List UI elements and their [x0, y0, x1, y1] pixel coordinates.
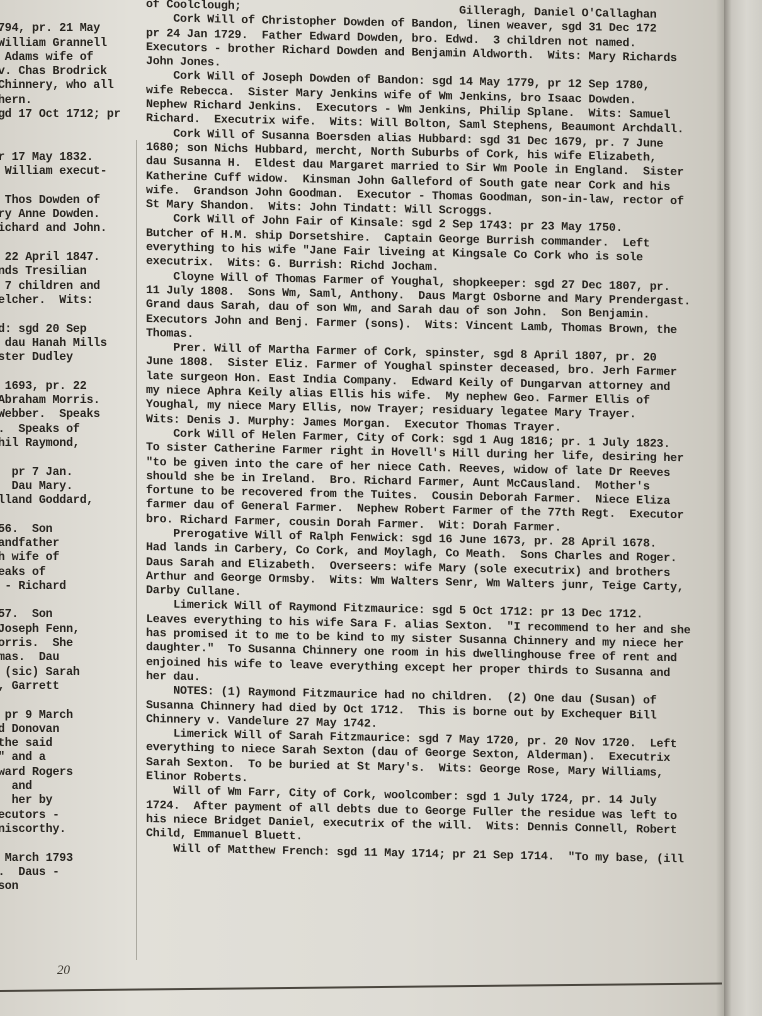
left-fragment-line: elcher. Wits: [0, 294, 130, 308]
left-fragment-line: pr 7 Jan. [0, 466, 130, 480]
left-fragment-line: ecutors - [0, 809, 130, 823]
column-divider [136, 140, 137, 960]
left-fragment-line [0, 365, 130, 379]
will-entry: Prerogative Will of Ralph Fenwick: sgd 1… [146, 527, 756, 611]
left-fragment-line: eaks of [0, 566, 130, 580]
left-fragment-line: lland Goddard, [0, 494, 130, 508]
left-fragment-line [0, 508, 130, 522]
will-entry: Prer. Will of Martha Farmer of Cork, spi… [146, 341, 756, 440]
left-column-fragments: 794, pr. 21 MayWilliam Grannell Adams wi… [0, 8, 130, 894]
left-fragment-line: ster Dudley [0, 351, 130, 365]
left-fragment-line: the said [0, 737, 130, 751]
left-fragment-line [0, 8, 130, 22]
left-fragment-line: - Richard [0, 580, 130, 594]
left-fragment-line: ward Rogers [0, 766, 130, 780]
left-fragment-line [0, 137, 130, 151]
left-fragment-line: h wife of [0, 551, 130, 565]
left-fragment-line: Joseph Fenn, [0, 623, 130, 637]
will-entry: Cork Will of Susanna Boersden alias Hubb… [146, 127, 756, 226]
left-fragment-line: . Daus - [0, 866, 130, 880]
left-fragment-line: dau Hanah Mills [0, 337, 130, 351]
will-entry: Cork Will of Helen Farmer, City of Cork:… [146, 427, 756, 540]
left-fragment-line: r 17 May 1832. [0, 151, 130, 165]
left-fragment-line [0, 451, 130, 465]
left-fragment-line: . Speaks of [0, 423, 130, 437]
will-abstracts-column: of Coolclough; Gilleragh, Daniel O'Calla… [146, 0, 756, 869]
left-fragment-line: 56. Son [0, 523, 130, 537]
left-fragment-line: andfather [0, 537, 130, 551]
left-fragment-line: ry Anne Dowden. [0, 208, 130, 222]
left-fragment-line [0, 237, 130, 251]
left-fragment-line: Dau Mary. [0, 480, 130, 494]
page-number: 20 [57, 962, 70, 978]
left-fragment-line: 22 April 1847. [0, 251, 130, 265]
will-entry: of Coolclough; Gilleragh, Daniel O'Calla… [146, 0, 756, 82]
left-fragment-line [0, 594, 130, 608]
left-fragment-line [0, 694, 130, 708]
left-fragment-line: William Grannell [0, 37, 130, 51]
left-fragment-line: Adams wife of [0, 51, 130, 65]
left-fragment-line: 1693, pr. 22 [0, 380, 130, 394]
left-fragment-line [0, 308, 130, 322]
left-fragment-line: March 1793 [0, 852, 130, 866]
left-fragment-line: and [0, 780, 130, 794]
left-fragment-line: pr 9 March [0, 709, 130, 723]
left-fragment-line: nds Tresilian [0, 265, 130, 279]
left-fragment-line: mas. Dau [0, 651, 130, 665]
left-fragment-line: Webber. Speaks [0, 408, 130, 422]
will-entry: Cloyne Will of Thomas Farmer of Youghal,… [146, 270, 756, 354]
left-fragment-line: v. Chas Brodrick [0, 65, 130, 79]
left-fragment-line: d Donovan [0, 723, 130, 737]
left-fragment-line: orris. She [0, 637, 130, 651]
left-fragment-line: (sic) Sarah [0, 666, 130, 680]
left-fragment-line: Abraham Morris. [0, 394, 130, 408]
left-fragment-line: niscorthy. [0, 823, 130, 837]
left-fragment-line: hil Raymond, [0, 437, 130, 451]
left-fragment-line: Chinnery, who all [0, 79, 130, 93]
left-fragment-line: hern. [0, 94, 130, 108]
left-fragment-line: 57. Son [0, 608, 130, 622]
left-fragment-line: son [0, 880, 130, 894]
left-fragment-line: ichard and John. [0, 222, 130, 236]
left-fragment-line: 794, pr. 21 May [0, 22, 130, 36]
left-fragment-line: d: sgd 20 Sep [0, 323, 130, 337]
left-fragment-line: " and a [0, 751, 130, 765]
left-fragment-line [0, 837, 130, 851]
left-fragment-line [0, 122, 130, 136]
left-fragment-line: William execut- [0, 165, 130, 179]
left-fragment-line: Thos Dowden of [0, 194, 130, 208]
will-entry: Limerick Will of Raymond Fitzmaurice: sg… [146, 598, 756, 697]
left-fragment-line: , Garrett [0, 680, 130, 694]
left-fragment-line: her by [0, 794, 130, 808]
left-fragment-line: gd 17 Oct 1712; pr [0, 108, 130, 122]
left-fragment-line: 7 children and [0, 280, 130, 294]
left-fragment-line [0, 180, 130, 194]
